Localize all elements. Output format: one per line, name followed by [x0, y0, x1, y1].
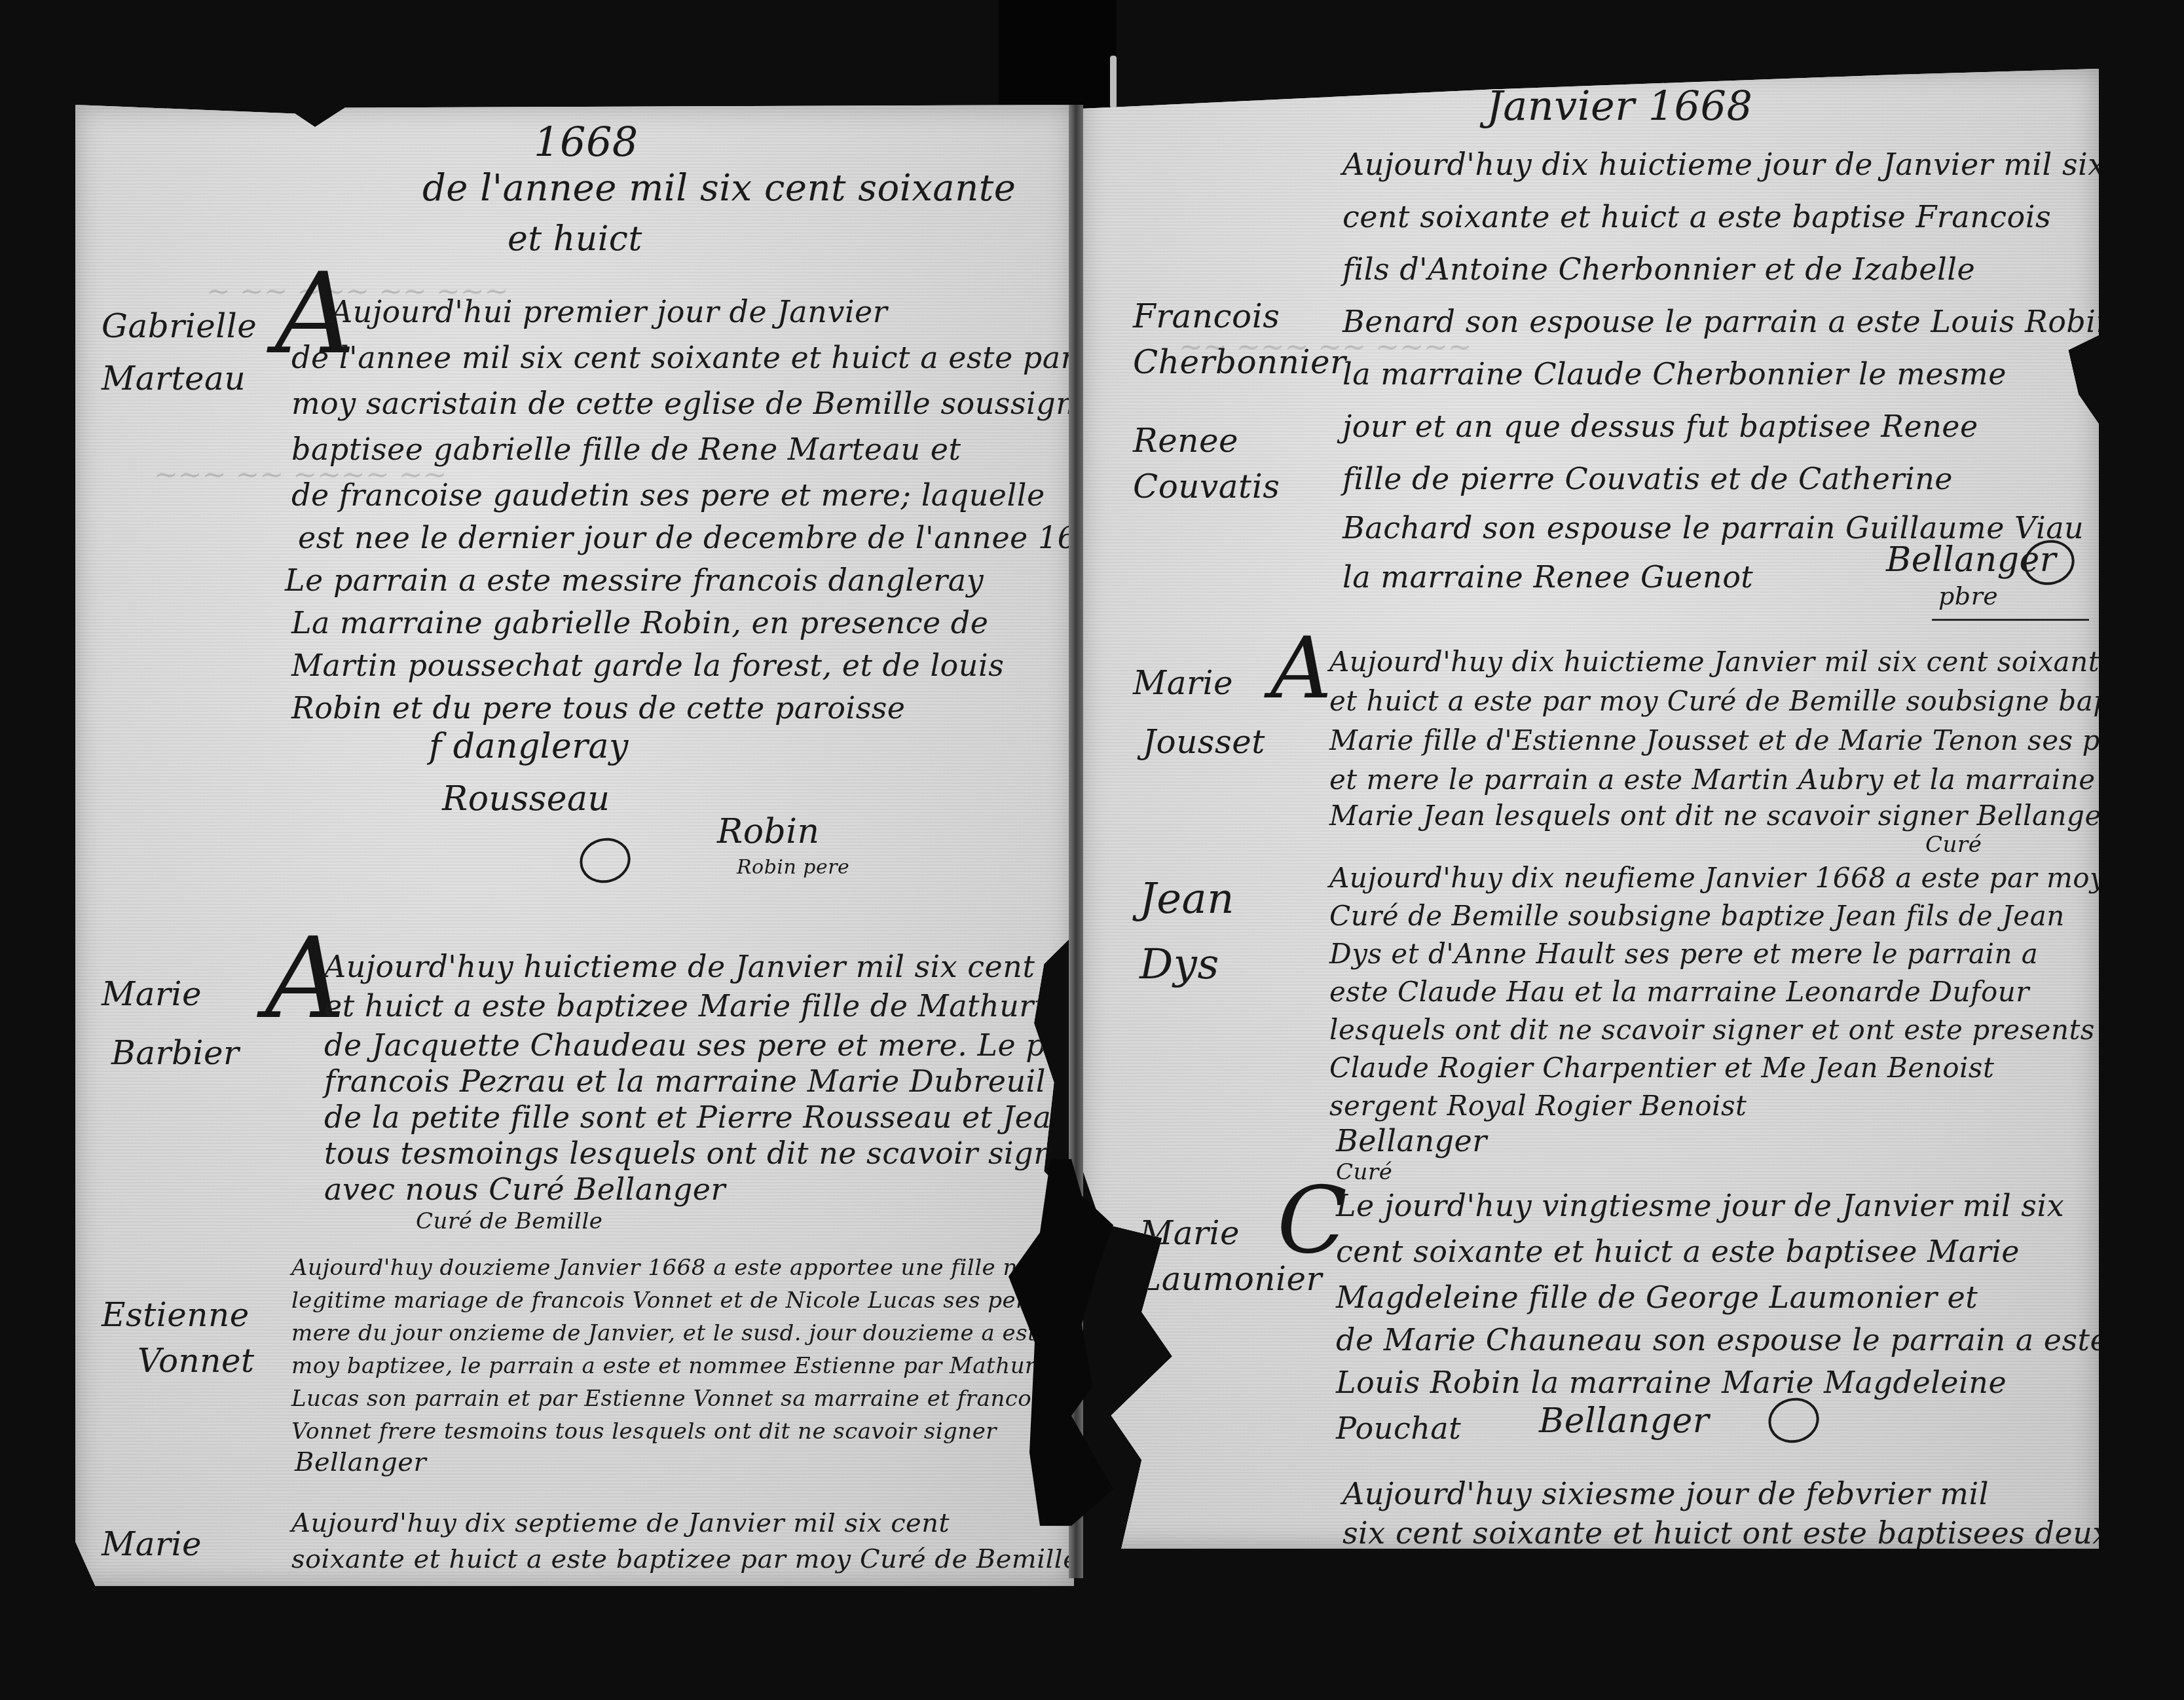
decorated-initial: A	[1270, 625, 1332, 711]
entry-line: Robin et du pere tous de cette paroisse	[291, 684, 906, 731]
entry-line: Le parrain a este messire francois dangl…	[285, 557, 984, 604]
entry-line: Martin poussechat garde la forest, et de…	[291, 642, 1004, 689]
margin-name: Cherbonnier	[1133, 337, 1346, 387]
signature: Robin	[717, 812, 819, 851]
margin-name: Jean	[1139, 874, 1234, 924]
signature: Robin pere	[737, 858, 849, 878]
entry-line: la marraine Claude Cherbonnier le mesme	[1342, 350, 2007, 397]
left-page: ~ ~~ ~~~ ~~ ~~~ ~~~ ~~ ~~~~ ~~ 1668 de l…	[75, 105, 1074, 1586]
page-heading-line2: et huict	[508, 219, 642, 259]
entry-line: soixante et huict a este baptizee par mo…	[291, 1536, 1074, 1583]
page-heading-line1: de l'annee mil six cent soixante	[422, 167, 1016, 210]
entry-line: avec nous Curé Bellanger	[324, 1166, 726, 1213]
margin-name: Marteau	[102, 354, 246, 403]
signature-title: Curé de Bemille	[416, 1211, 602, 1231]
entry-line: est nee le dernier jour de decembre de l…	[298, 514, 1074, 561]
margin-name: Marie	[1139, 1208, 1240, 1258]
entry-line: la marraine Renee Guenot	[1342, 553, 1753, 601]
entry-line: cent soixante et huict a este baptise Fr…	[1342, 193, 2051, 240]
margin-name: Gabrielle	[102, 301, 257, 351]
page-year: 1668	[534, 118, 639, 166]
entry-line: fils d'Antoine Cherbonnier et de Izabell…	[1342, 246, 1975, 293]
margin-name: Dys	[1139, 940, 1219, 989]
entry-line: jour et an que dessus fut baptisee Renee	[1342, 403, 1978, 450]
entry-line: de francoise gaudetin ses pere et mere; …	[291, 471, 1045, 519]
entry-line: Pouchat	[1336, 1405, 1461, 1452]
binding-thread	[1110, 56, 1117, 108]
margin-name: Barbier	[111, 1028, 239, 1078]
signature: Rousseau	[442, 779, 610, 819]
binding-strip	[999, 0, 1117, 111]
signature: f dangleray	[429, 727, 629, 766]
signature: Bellanger	[1336, 1123, 1487, 1158]
entry-line: fille de pierre Couvatis et de Catherine	[1342, 455, 1953, 502]
entry-line: Aujourd'hui premier jour de Janvier	[331, 288, 887, 335]
entry-line: de l'annee mil six cent soixante et huic…	[291, 334, 1074, 381]
entry-line: de Marie Chauneau son espouse le parrain…	[1336, 1316, 2099, 1363]
entry-line: Aujourd'huy dix huictieme jour de Janvie…	[1342, 141, 2099, 188]
signature-title: pbre	[1938, 586, 1998, 606]
margin-name: Renee	[1133, 416, 1238, 466]
margin-name: Couvatis	[1133, 462, 1280, 511]
right-page: ~~ ~~~ ~~ ~~~~ Janvier 1668 Francois Che…	[1081, 69, 2099, 1549]
margin-name: Jousset	[1143, 717, 1265, 767]
margin-name: Marie	[1133, 658, 1233, 708]
signature-flourish-icon	[575, 832, 636, 889]
entry-line: six cent soixante et huict ont este bapt…	[1342, 1509, 2099, 1549]
divider	[1932, 619, 2089, 621]
entry-line: Magdeleine fille de George Laumonier et	[1336, 1274, 1978, 1321]
page-heading: Janvier 1668	[1487, 82, 1752, 130]
entry-line: cent soixante et huict a este baptisee M…	[1336, 1228, 2020, 1275]
signature-title: Curé	[1925, 835, 1982, 855]
margin-name: Marie	[102, 969, 202, 1019]
entry-line: moy sacristain de cette eglise de Bemill…	[291, 380, 1074, 427]
entry-line: Le jourd'huy vingtiesme jour de Janvier …	[1336, 1182, 2064, 1229]
margin-name: Francois	[1133, 291, 1280, 341]
margin-name: Vonnet	[138, 1336, 255, 1386]
margin-name: Marie	[102, 1519, 202, 1569]
entry-line: Marie Jean lesquels ont dit ne scavoir s…	[1329, 792, 2099, 840]
entry-line: La marraine gabrielle Robin, en presence…	[291, 599, 988, 646]
entry-line: baptisee gabrielle fille de Rene Marteau…	[291, 426, 961, 473]
margin-name: Estienne	[102, 1290, 250, 1340]
signature: Bellanger	[295, 1447, 426, 1477]
signature: Bellanger	[1539, 1401, 1709, 1441]
entry-line: Benard son espouse le parrain a este Lou…	[1342, 298, 2099, 345]
entry-line: Louis Robin la marraine Marie Magdeleine	[1336, 1359, 2007, 1406]
